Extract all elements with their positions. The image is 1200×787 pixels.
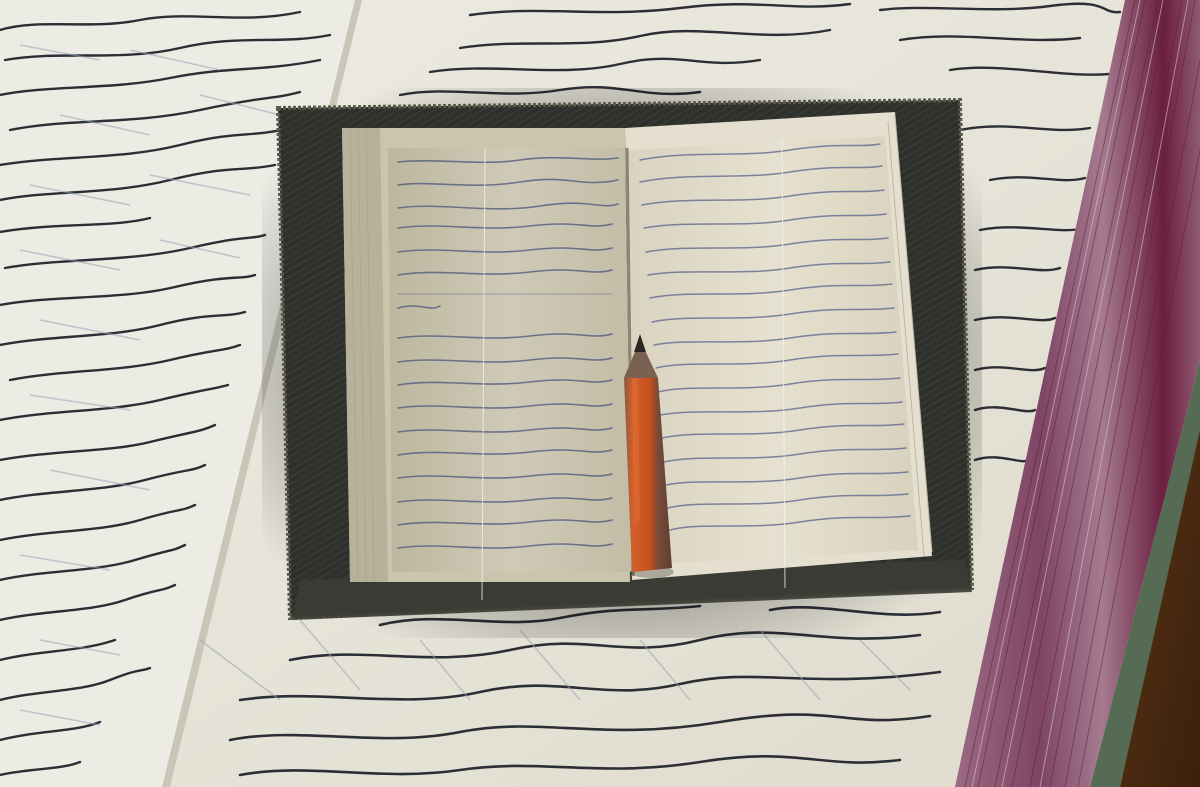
photograph-scene: Small open pocket diary with pencil-writ… — [0, 0, 1200, 787]
notebook-page-right — [628, 136, 918, 565]
scene-illustration — [0, 0, 1200, 787]
